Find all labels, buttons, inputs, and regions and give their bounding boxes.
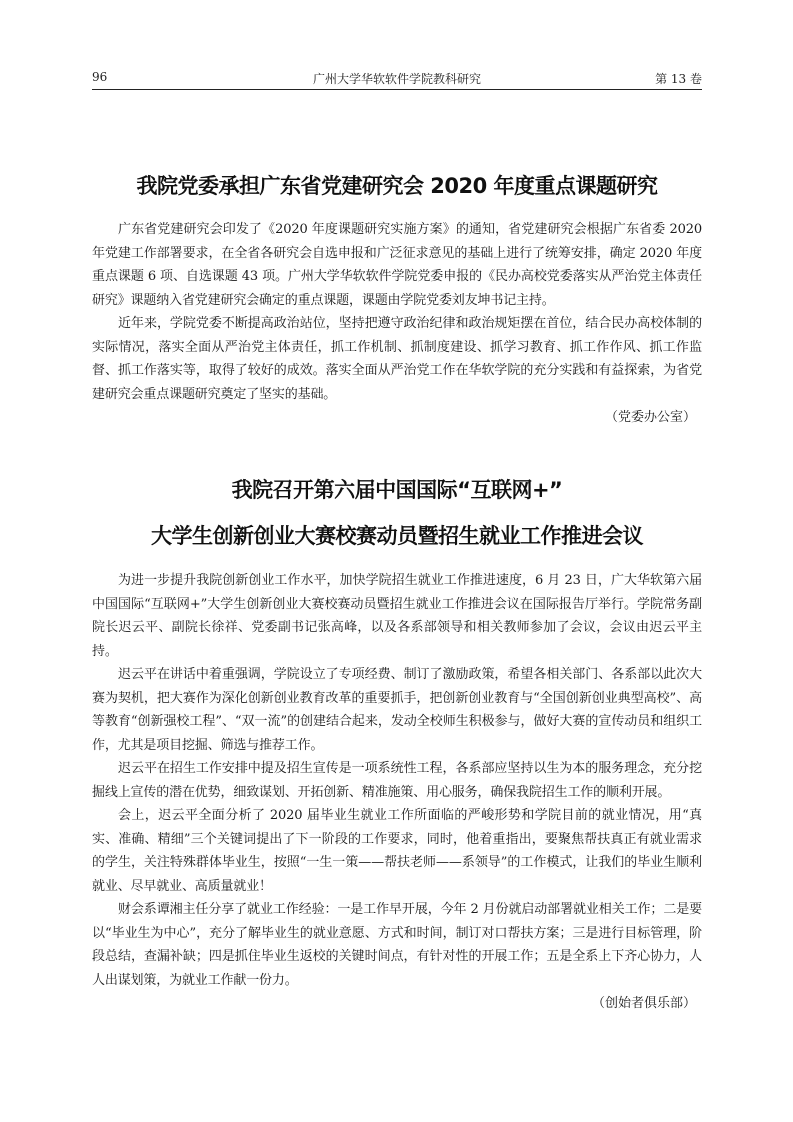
- paragraph: 广东省党建研究会印发了《2020 年度课题研究实施方案》的通知，省党建研究会根据…: [92, 218, 702, 312]
- paragraph: 会上，迟云平全面分析了 2020 届毕业生就业工作所面临的严峻形势和学院目前的就…: [92, 804, 702, 898]
- paragraph: 财会系谭湘主任分享了就业工作经验：一是工作早开展，今年 2 月份就启动部署就业相…: [92, 898, 702, 992]
- paragraph: 迟云平在招生工作安排中提及招生宣传是一项系统性工程，各系部应坚持以生为本的服务理…: [92, 757, 702, 804]
- article-source: （创始者俱乐部）: [92, 992, 702, 1016]
- article-internet-plus-meeting: 我院召开第六届中国国际“互联网+” 大学生创新创业大赛校赛动员暨招生就业工作推进…: [92, 467, 702, 1016]
- article-party-research: 我院党委承担广东省党建研究会 2020 年度重点课题研究 广东省党建研究会印发了…: [92, 168, 702, 430]
- paragraph: 迟云平在讲话中着重强调，学院设立了专项经费、制订了激励政策，希望各相关部门、各系…: [92, 663, 702, 757]
- article-title-line-2: 大学生创新创业大赛校赛动员暨招生就业工作推进会议: [92, 513, 702, 559]
- journal-title: 广州大学华软软件学院教科研究: [92, 70, 702, 87]
- article-body: 广东省党建研究会印发了《2020 年度课题研究实施方案》的通知，省党建研究会根据…: [92, 218, 702, 430]
- article-source: （党委办公室）: [92, 406, 702, 430]
- article-title: 我院党委承担广东省党建研究会 2020 年度重点课题研究: [92, 168, 702, 204]
- paragraph: 为进一步提升我院创新创业工作水平，加快学院招生就业工作推进速度，6 月 23 日…: [92, 569, 702, 663]
- paragraph: 近年来，学院党委不断提高政治站位，坚持把遵守政治纪律和政治规矩摆在首位，结合民办…: [92, 312, 702, 406]
- article-body: 为进一步提升我院创新创业工作水平，加快学院招生就业工作推进速度，6 月 23 日…: [92, 569, 702, 1016]
- header-divider: [92, 89, 702, 90]
- running-header: 96 广州大学华软软件学院教科研究 第 13 卷: [92, 68, 702, 88]
- volume-label: 第 13 卷: [655, 70, 702, 87]
- article-title-line-1: 我院召开第六届中国国际“互联网+”: [92, 467, 702, 513]
